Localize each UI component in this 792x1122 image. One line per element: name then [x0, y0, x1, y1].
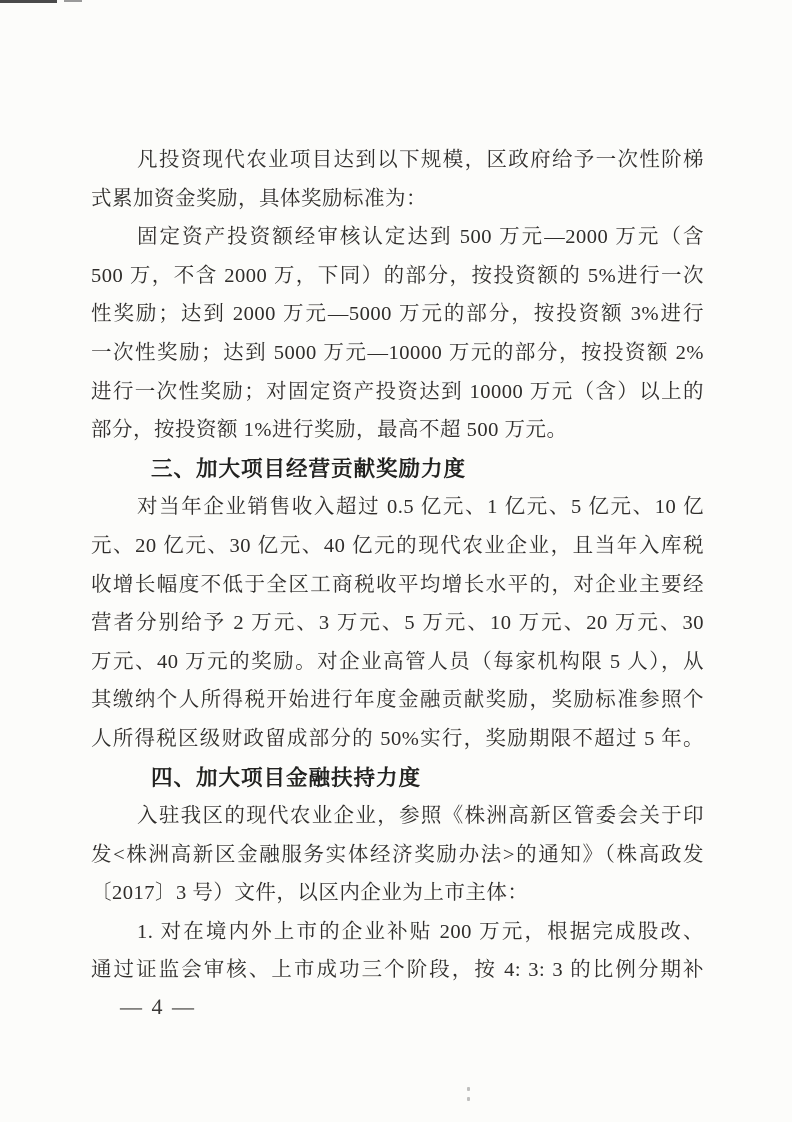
section-heading: 四、加大项目金融扶持力度 [91, 759, 704, 798]
document-line: 凡投资现代农业项目达到以下规模，区政府给予一次性阶梯 [91, 141, 704, 180]
document-line: 500 万，不含 2000 万，下同）的部分，按投资额的 5%进行一次 [91, 257, 704, 296]
document-line: 通过证监会审核、上市成功三个阶段，按 4: 3: 3 的比例分期补 [91, 951, 704, 990]
document-line: 人所得税区级财政留成部分的 50%实行，奖励期限不超过 5 年。 [91, 720, 704, 759]
document-line: 性奖励；达到 2000 万元—5000 万元的部分，按投资额 3%进行 [91, 295, 704, 334]
document-page: 凡投资现代农业项目达到以下规模，区政府给予一次性阶梯式累加资金奖励，具体奖励标准… [0, 0, 792, 1122]
document-line: 万元、40 万元的奖励。对企业高管人员（每家机构限 5 人），从 [91, 643, 704, 682]
document-line: 营者分别给予 2 万元、3 万元、5 万元、10 万元、20 万元、30 [91, 604, 704, 643]
scan-artifact-line [0, 0, 57, 3]
scan-speck [467, 1087, 470, 1091]
document-line: 其缴纳个人所得税开始进行年度金融贡献奖励，奖励标准参照个 [91, 681, 704, 720]
document-line: 收增长幅度不低于全区工商税收平均增长水平的，对企业主要经 [91, 566, 704, 605]
document-line: 进行一次性奖励；对固定资产投资达到 10000 万元（含）以上的 [91, 373, 704, 412]
document-line: 1. 对在境内外上市的企业补贴 200 万元，根据完成股改、 [91, 913, 704, 952]
scan-speck [467, 1097, 470, 1101]
document-body: 凡投资现代农业项目达到以下规模，区政府给予一次性阶梯式累加资金奖励，具体奖励标准… [91, 141, 704, 990]
document-line: 〔2017〕3 号）文件，以区内企业为上市主体： [91, 874, 704, 913]
document-line: 入驻我区的现代农业企业，参照《株洲高新区管委会关于印 [91, 797, 704, 836]
scan-artifact-line [64, 0, 82, 2]
section-heading: 三、加大项目经营贡献奖励力度 [91, 450, 704, 489]
document-line: 式累加资金奖励，具体奖励标准为： [91, 180, 704, 219]
document-line: 固定资产投资额经审核认定达到 500 万元—2000 万元（含 [91, 218, 704, 257]
document-line: 元、20 亿元、30 亿元、40 亿元的现代农业企业，且当年入库税 [91, 527, 704, 566]
document-line: 对当年企业销售收入超过 0.5 亿元、1 亿元、5 亿元、10 亿 [91, 488, 704, 527]
document-line: 部分，按投资额 1%进行奖励，最高不超 500 万元。 [91, 411, 704, 450]
document-line: 一次性奖励；达到 5000 万元—10000 万元的部分，按投资额 2% [91, 334, 704, 373]
page-number: — 4 — [120, 994, 196, 1020]
document-line: 发<株洲高新区金融服务实体经济奖励办法>的通知》（株高政发 [91, 836, 704, 875]
